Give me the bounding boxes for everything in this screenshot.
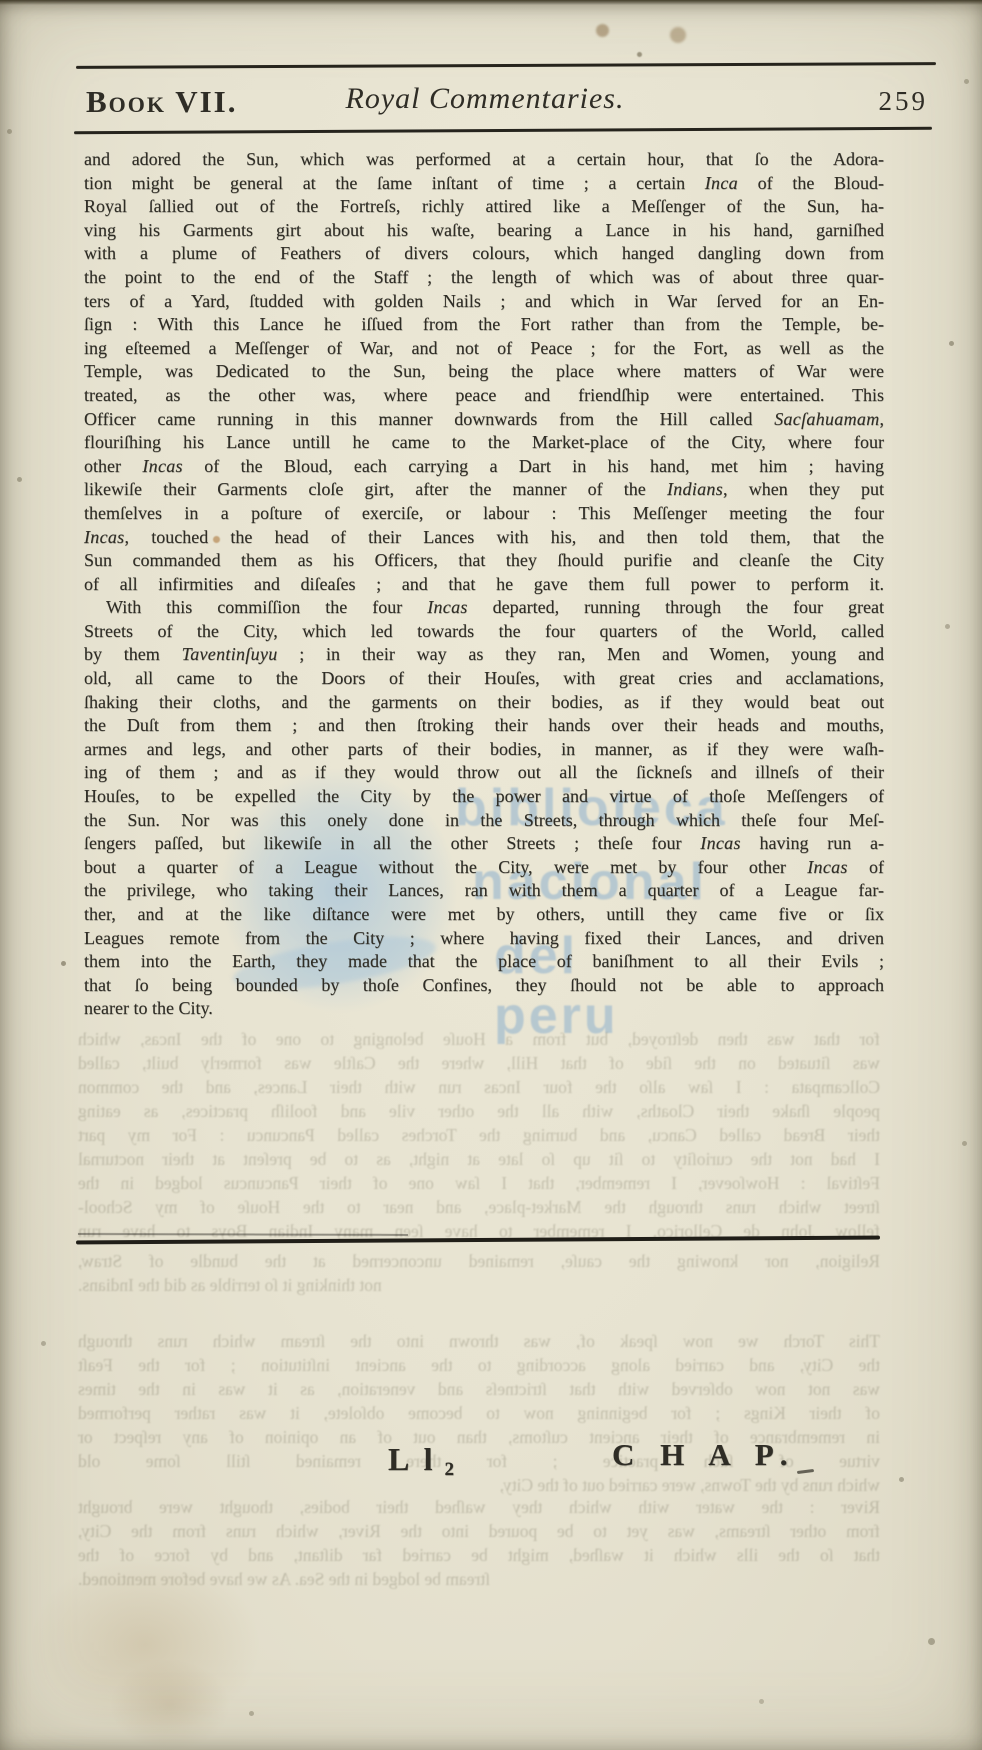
page-top-edge [0,0,982,5]
text-line: that ſo being bounded by thoſe Confines,… [84,974,884,998]
ink-speck [596,24,609,37]
text-line: Officer came running in this manner down… [84,408,884,432]
bleedthrough-line: Religion, nor knowing the cauſe, remaine… [78,1250,880,1273]
signature-mark: L l2 [388,1441,458,1478]
text-line: ſhaking their cloths, and the garments o… [84,691,884,715]
text-line: With this commiſſion the four Incas depa… [84,596,884,620]
bleedthrough-line: Feſtival : Howſoever, I remember, that I… [78,1172,880,1195]
text-line: armes and legs, and other parts of their… [84,738,884,762]
text-line: ſengers paſſed, but likewiſe in all the … [84,832,884,856]
text-line: old, all came to the Doors of their Houſ… [84,667,884,691]
text-line: Temple, was Dedicated to the Sun, being … [84,360,884,384]
page-number: 259 [879,86,929,117]
text-line: flouriſhing his Lance untill he came to … [84,431,884,455]
running-title: Royal Commentaries. [56,82,914,116]
bleedthrough-line: that ſo the ills which it waſhed, might … [78,1544,880,1567]
text-line: ther, and at the like diſtance were met … [84,903,884,927]
text-line: themſelves in a poſture of exerciſe, or … [84,502,884,526]
text-line: likewiſe their Garments cloſe girt, afte… [84,478,884,502]
ink-speck [670,27,686,43]
text-line: Houſes, to be expelled the City by the p… [84,785,884,809]
paragraph: With this commiſſion the four Incas depa… [84,596,884,1021]
bleedthrough-line: Collcampata : I ſaw alſo the four Incas … [78,1076,880,1099]
text-line: Streets of the City, which led towards t… [84,620,884,644]
text-line: nearer to the City. [84,997,884,1021]
text-line: by them Taventinſuyu ; in their way as t… [84,643,884,667]
bleedthrough-line: of their Kings ; for beginning now to be… [78,1402,880,1425]
bleedthrough-line: for that was then deſtroyed, but from a … [78,1028,880,1051]
ink-speck [637,52,642,57]
bleedthrough-line: ſtream be lodged in the Sea. As we have … [78,1568,880,1591]
bleedthrough-line: This Torch we now ſpeak of, was thrown i… [78,1330,880,1353]
text-line: ving his Garments girt about his waſte, … [84,219,884,243]
text-line: and adored the Sun, which was performed … [84,148,884,172]
bleedthrough-line: from other ſtreams, was yet to be poured… [78,1520,880,1543]
bleedthrough-line: River : the water with which they waſhed… [78,1496,880,1519]
text-line: of all infirmities and diſeaſes ; and th… [84,573,884,597]
text-line: Sun commanded them as his Officers, that… [84,549,884,573]
signature-number: 2 [444,1459,458,1480]
text-line: the Sun. Nor was this onely done in the … [84,809,884,833]
bleedthrough-line: was ſituated on the ſide of that Hill, w… [78,1052,880,1075]
text-line: them into the Earth, they made that the … [84,950,884,974]
text-line: with a plume of Feathers of divers colou… [84,242,884,266]
body-text: and adored the Sun, which was performed … [84,148,884,1021]
text-line: tion might be general at the ſame inſtan… [84,172,884,196]
bleedthrough-line: the City, and carried along according to… [78,1354,880,1377]
text-line: Royal ſallied out of the Fortreſs, richl… [84,195,884,219]
catchword: C H A P. [612,1437,797,1473]
bleedthrough-line: their Bread called Cancu, and burning th… [78,1124,880,1147]
text-line: ſign : With this Lance he iſſued from th… [84,313,884,337]
bleedthrough-line: which runs by the Towns, were carried ou… [78,1474,880,1497]
bleedthrough-line: people ſhake their Cloaths, with all the… [78,1100,880,1123]
bleedthrough-line: not thinking it ſo terrible as did the I… [78,1274,880,1297]
bleedthrough-line: I had not the curioſity to ſit up ſo lat… [78,1148,880,1171]
text-line: ters of a Yard, ſtudded with golden Nail… [84,290,884,314]
text-line: bout a quarter of a League without the C… [84,856,884,880]
text-line: treated, as the other was, where peace a… [84,384,884,408]
text-line: the Duſt from them ; and then ſtroking t… [84,714,884,738]
paragraph: and adored the Sun, which was performed … [84,148,884,596]
book-page: biblioteca nacional del peru for that wa… [0,0,982,1750]
text-line: Incas, touched the head of their Lances … [84,526,884,550]
text-line: ing eſteemed a Meſſenger of War, and not… [84,337,884,361]
text-line: the point to the end of the Staff ; the … [84,266,884,290]
bleedthrough-line: was not now obſerved with that ſtrictneſ… [78,1378,880,1401]
text-line: ing of them ; and as if they would throw… [84,761,884,785]
text-line: other Incas of the Bloud, each carrying … [84,455,884,479]
running-header: Book VII. Royal Commentaries. 259 [76,82,934,128]
text-line: Leagues remote from the City ; where hav… [84,927,884,951]
text-line: the privilege, who taking their Lances, … [84,879,884,903]
signature-letters: L l [388,1441,436,1477]
bleedthrough-line: ſtreet which runs through the Market-pla… [78,1196,880,1219]
